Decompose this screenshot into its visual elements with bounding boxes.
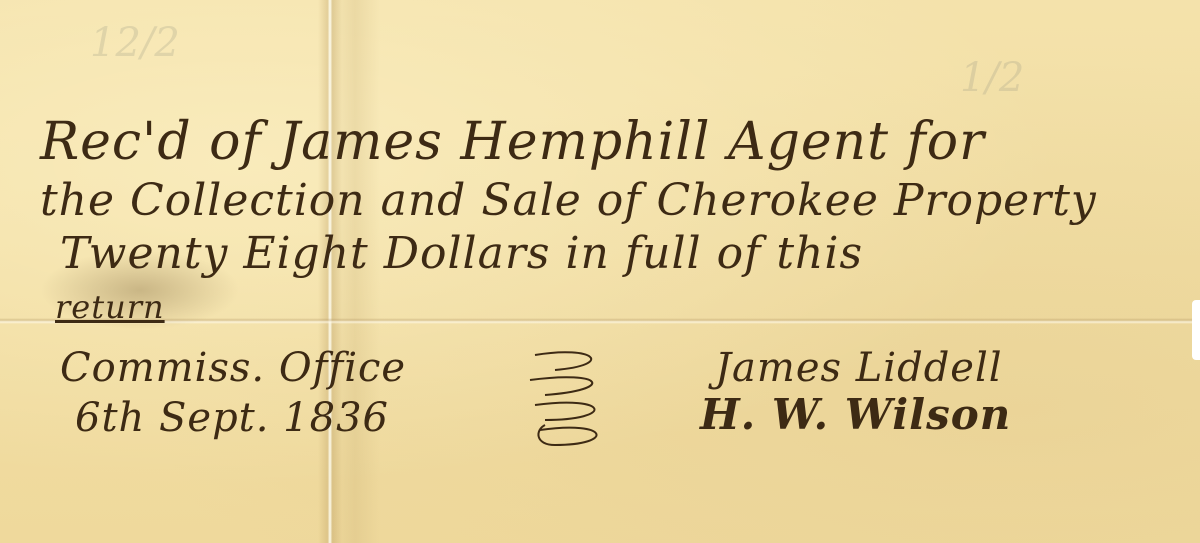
bleedthrough-mark-left: 12/2 <box>90 20 180 66</box>
receipt-line-3: Twenty Eight Dollars in full of this <box>60 228 863 279</box>
bleedthrough-mark-right: 1/2 <box>960 55 1024 101</box>
receipt-line-4: return <box>55 288 165 326</box>
signature-2: H. W. Wilson <box>700 390 1011 439</box>
flourish-seal-icon <box>515 345 625 455</box>
receipt-line-1: Rec'd of James Hemphill Agent for <box>40 112 985 172</box>
date-line: 6th Sept. 1836 <box>75 395 389 441</box>
paper-edge-tear <box>1192 300 1200 360</box>
receipt-line-2: the Collection and Sale of Cherokee Prop… <box>40 175 1097 226</box>
place-line: Commiss. Office <box>60 345 406 391</box>
signature-1: James Liddell <box>715 345 1003 391</box>
